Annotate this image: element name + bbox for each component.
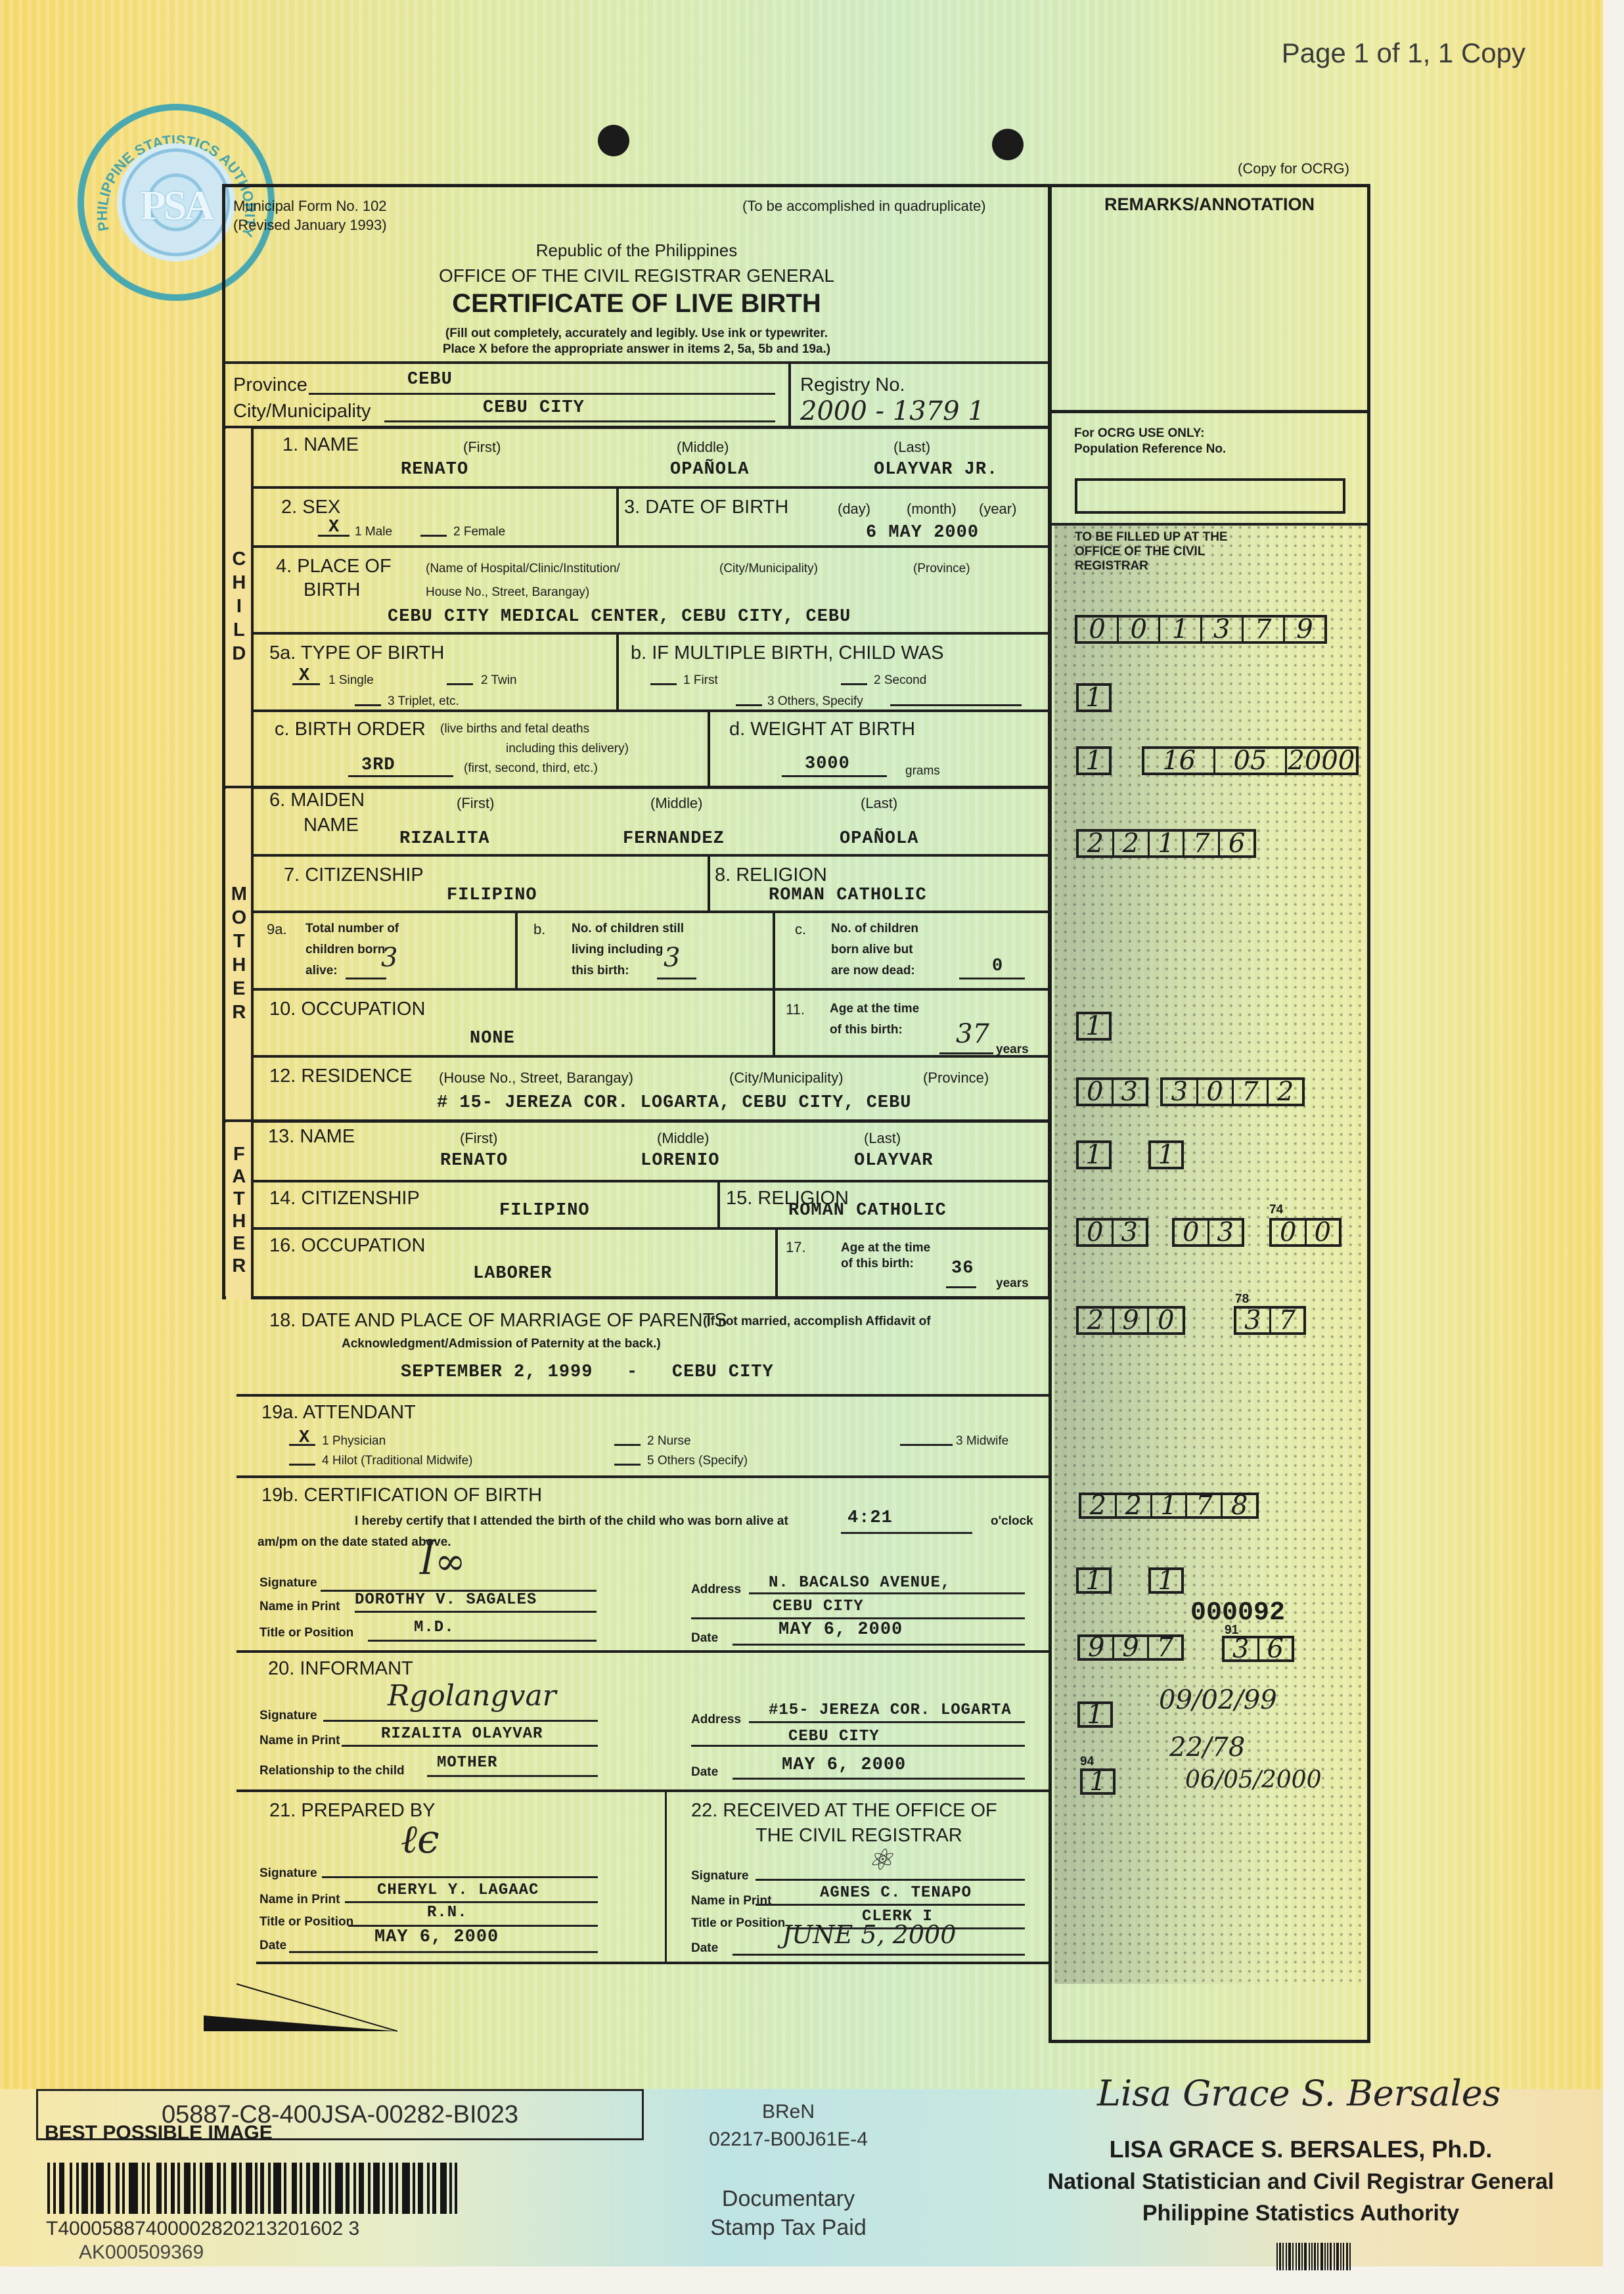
received-signature: ⚛ — [867, 1846, 893, 1875]
small-barcode — [1276, 2243, 1376, 2270]
informant-address[interactable]: #15- JEREZA COR. LOGARTA — [769, 1703, 1012, 1719]
mother-last-name[interactable]: OPAÑOLA — [840, 830, 918, 848]
certificate-title: CERTIFICATE OF LIVE BIRTH — [222, 290, 1051, 317]
form-revised: (Revised January 1993) — [233, 218, 387, 233]
still-living-num: b. — [533, 922, 545, 937]
birth-order-hint: (live births and fetal deaths — [440, 723, 589, 735]
year-hint: (year) — [979, 502, 1016, 516]
informant-address-2[interactable]: CEBU CITY — [788, 1729, 880, 1745]
code-41[interactable]: 0 0 1 3 7 9 — [1075, 615, 1327, 644]
code-digit: 2000 — [1287, 749, 1356, 773]
informant-relationship[interactable]: MOTHER — [437, 1755, 497, 1771]
fill-up-label: TO BE FILLED UP AT THE — [1075, 531, 1228, 543]
father-citizenship[interactable]: FILIPINO — [499, 1202, 590, 1220]
code-digit: 0 — [1077, 618, 1119, 641]
code-digit: 0 — [1307, 1221, 1340, 1244]
father-age-label-2: of this birth: — [841, 1257, 914, 1270]
multiple-birth-label: b. IF MULTIPLE BIRTH, CHILD WAS — [631, 644, 943, 663]
instructions-line-2: Place X before the appropriate answer in… — [222, 343, 1051, 355]
marriage-hint: (If not married, accomplish Affidavit of — [703, 1315, 931, 1328]
attendant-physician: 1 Physician — [322, 1435, 386, 1447]
cert-date[interactable]: MAY 6, 2000 — [778, 1621, 903, 1639]
place-of-birth[interactable]: CEBU CITY MEDICAL CENTER, CEBU CITY, CEB… — [388, 608, 851, 626]
code-digit: 3 — [1114, 1221, 1146, 1244]
mother-residence[interactable]: # 15- JEREZA COR. LOGARTA, CEBU CITY, CE… — [437, 1094, 912, 1112]
code-72[interactable]: 0 3 — [1172, 1218, 1244, 1247]
received-date[interactable]: JUNE 5, 2000 — [782, 1922, 956, 1947]
certification-label: 19b. CERTIFICATION OF BIRTH — [261, 1486, 542, 1505]
instructions-line-1: (Fill out completely, accurately and leg… — [222, 327, 1051, 340]
date-of-birth[interactable]: 6 MAY 2000 — [866, 524, 979, 542]
republic-heading: Republic of the Philippines — [222, 242, 1051, 259]
code-digit: 1 — [1079, 686, 1109, 709]
agency-name: Philippine Statistics Authority — [1038, 2202, 1564, 2224]
day-hint: (day) — [838, 502, 870, 516]
code-digit: 1 — [1151, 1570, 1181, 1591]
father-occupation-label: 16. OCCUPATION — [269, 1236, 425, 1255]
code-digit: 9 — [1285, 618, 1324, 641]
official-title: National Statistician and Civil Registra… — [1025, 2170, 1577, 2193]
code-digit: 2 — [1081, 1495, 1117, 1516]
documentary-stamp: Documentary — [696, 2188, 880, 2210]
code-digit: 1 — [1079, 749, 1109, 773]
attendant-nurse: 2 Nurse — [647, 1435, 691, 1447]
born-alive-num: 9a. — [267, 922, 287, 937]
informant-signature-label: Signature — [259, 1709, 317, 1722]
code-digit: 1 — [1083, 1771, 1113, 1792]
received-name[interactable]: AGNES C. TENAPO — [820, 1885, 972, 1901]
informant-date[interactable]: MAY 6, 2000 — [782, 1757, 906, 1774]
first-option: 1 First — [683, 674, 718, 686]
cert-name-label: Name in Print — [259, 1600, 340, 1613]
father-age[interactable]: 36 — [951, 1260, 974, 1278]
code-digit: 16 — [1144, 749, 1215, 773]
sex-label: 2. SEX — [281, 498, 340, 517]
female-option: 2 Female — [453, 526, 505, 538]
cert-title[interactable]: M.D. — [414, 1620, 455, 1636]
code-digit: 2 — [1269, 1080, 1302, 1104]
handwritten-date: 06/05/2000 — [1185, 1768, 1322, 1792]
punch-hole-left — [598, 125, 629, 156]
prepared-title-label: Title or Position — [259, 1916, 353, 1928]
cert-title-label: Title or Position — [259, 1627, 353, 1639]
mother-religion[interactable]: ROMAN CATHOLIC — [769, 887, 927, 905]
code-digit: 7 — [1184, 832, 1220, 855]
received-label-2: THE CIVIL REGISTRAR — [756, 1826, 962, 1845]
cert-signature-label: Signature — [259, 1577, 317, 1589]
mother-age-num: 11. — [786, 1002, 805, 1017]
punch-hole-right — [992, 129, 1024, 160]
received-date-label: Date — [691, 1942, 718, 1954]
weight-label: d. WEIGHT AT BIRTH — [729, 720, 915, 739]
last-hint: (Last) — [861, 796, 897, 811]
mother-age-unit: years — [996, 1043, 1029, 1056]
pob-hint-city: (City/Municipality) — [719, 562, 818, 575]
seal-guilloche: PSA — [117, 143, 235, 261]
last-hint: (Last) — [893, 440, 930, 455]
dead-label: No. of children — [831, 922, 918, 935]
father-age-label: Age at the time — [841, 1242, 930, 1254]
city-label: City/Municipality — [233, 402, 371, 421]
code-digit: 05 — [1215, 749, 1286, 773]
code-89[interactable]: 9 9 7 — [1077, 1634, 1184, 1661]
mother-age-label-2: of this birth: — [830, 1023, 903, 1036]
pob-label-2: BIRTH — [304, 581, 360, 600]
dead-label-2: born alive but — [831, 943, 913, 956]
code-digit: 1 — [1080, 1704, 1110, 1725]
cert-signature: ꟾ∞ — [420, 1544, 466, 1581]
prepared-date[interactable]: MAY 6, 2000 — [374, 1929, 499, 1946]
still-living-label-3: this birth: — [572, 964, 629, 977]
still-living-label: No. of children still — [572, 922, 684, 935]
code-digit: 9 — [1080, 1637, 1114, 1658]
code-78-label: 78 — [1235, 1293, 1249, 1305]
code-digit: 2 — [1079, 1309, 1114, 1332]
pob-hint-prov: (Province) — [913, 562, 970, 575]
father-name-label: 13. NAME — [268, 1127, 355, 1146]
mother-first-name[interactable]: RIZALITA — [399, 830, 490, 848]
official-name: LISA GRACE S. BERSALES, Ph.D. — [1038, 2138, 1564, 2161]
code-64[interactable]: 3 0 7 2 — [1160, 1077, 1305, 1106]
child-last-name[interactable]: OLAYVAR JR. — [874, 461, 998, 479]
informant-address-label: Address — [691, 1713, 741, 1726]
relationship-label: Relationship to the child — [259, 1765, 405, 1777]
father-middle-name[interactable]: LORENIO — [641, 1152, 719, 1170]
father-religion[interactable]: ROMAN CATHOLIC — [788, 1202, 947, 1220]
quadruplicate-note: (To be accomplished in quadruplicate) — [742, 199, 986, 214]
triplet-option: 3 Triplet, etc. — [388, 695, 459, 708]
fill-up-label-3: REGISTRAR — [1075, 560, 1148, 572]
mother-age-label: Age at the time — [830, 1002, 919, 1015]
code-digit: 1 — [1079, 1014, 1109, 1038]
fill-up-label-2: OFFICE OF THE CIVIL — [1075, 545, 1205, 558]
weight-value[interactable]: 3000 — [805, 755, 850, 773]
type-of-birth-label: 5a. TYPE OF BIRTH — [269, 644, 444, 663]
section-label-mother: MOTHER — [226, 788, 254, 1121]
code-70[interactable]: 0 3 — [1076, 1218, 1148, 1247]
mother-citizenship-label: 7. CITIZENSHIP — [284, 866, 424, 885]
barcode-number: T40005887400002820213201602 3 — [46, 2219, 359, 2239]
code-50[interactable]: 16 05 2000 — [1142, 746, 1359, 775]
residence-hint: (House No., Street, Barangay) — [439, 1071, 633, 1085]
stippled-shading — [1054, 526, 1370, 1984]
prepared-title[interactable]: R.N. — [427, 1905, 468, 1921]
others-option: 3 Others, Specify — [767, 695, 863, 708]
residence-hint-city: (City/Municipality) — [729, 1071, 844, 1085]
first-hint: (First) — [463, 440, 501, 455]
code-65[interactable]: 1 — [1076, 1140, 1112, 1169]
father-occupation[interactable]: LABORER — [473, 1265, 552, 1283]
remarks-title: REMARKS/ANNOTATION — [1049, 196, 1370, 214]
cert-address-2[interactable]: CEBU CITY — [773, 1599, 864, 1615]
informant-date-label: Date — [691, 1766, 718, 1778]
cert-address-label: Address — [691, 1583, 741, 1596]
code-76[interactable]: 2 9 0 — [1076, 1306, 1185, 1335]
documentary-stamp-2: Stamp Tax Paid — [696, 2216, 880, 2239]
handwritten-marriage-date: 09/02/99 — [1159, 1687, 1277, 1713]
father-last-name[interactable]: OLAYVAR — [854, 1152, 933, 1170]
province-value[interactable]: CEBU — [407, 371, 453, 389]
section-label-child: CHILD — [226, 428, 254, 787]
code-digit: 9 — [1114, 1309, 1150, 1332]
ocrg-use-only: For OCRG USE ONLY: — [1074, 427, 1204, 439]
code-digit: 7 — [1244, 618, 1285, 641]
cert-date-label: Date — [691, 1632, 718, 1644]
copy-for-ocrg: (Copy for OCRG) — [1238, 162, 1349, 176]
corner-triangle-mark — [200, 1971, 397, 2036]
first-hint: (First) — [460, 1131, 497, 1146]
mother-age[interactable]: 37 — [956, 1021, 989, 1047]
code-digit: 7 — [1149, 1637, 1181, 1658]
certification-text: I hereby certify that I attended the bir… — [355, 1515, 788, 1527]
born-alive-label-2: children born — [305, 943, 385, 956]
code-digit: 7 — [1187, 1495, 1223, 1516]
code-62[interactable]: 0 3 — [1076, 1077, 1148, 1106]
code-digit: 0 — [1079, 1080, 1114, 1104]
attendant-label: 19a. ATTENDANT — [261, 1403, 416, 1422]
code-digit: 1 — [1079, 1143, 1109, 1167]
security-serial: AK000509369 — [79, 2243, 204, 2262]
section-label-father: FATHER — [226, 1122, 254, 1299]
barcode — [47, 2163, 639, 2214]
attendant-hilot: 4 Hilot (Traditional Midwife) — [322, 1454, 472, 1467]
father-citizenship-label: 14. CITIZENSHIP — [269, 1189, 420, 1208]
code-digit: 8 — [1223, 1495, 1256, 1516]
middle-hint: (Middle) — [657, 1131, 709, 1146]
still-living-label-2: living including — [572, 943, 663, 956]
birth-order-value[interactable]: 3RD — [361, 757, 395, 775]
informant-label: 20. INFORMANT — [268, 1659, 413, 1678]
single-option: 1 Single — [328, 674, 374, 686]
code-digit: 3 — [1202, 618, 1244, 641]
prepared-name[interactable]: CHERYL Y. LAGAAC — [377, 1883, 539, 1899]
born-alive-label: Total number of — [305, 922, 399, 935]
birth-order-hint-2: including this delivery) — [506, 742, 629, 755]
code-61[interactable]: 1 — [1076, 1012, 1112, 1041]
residence-label: 12. RESIDENCE — [269, 1067, 413, 1086]
code-digit: 6 — [1259, 1638, 1292, 1659]
child-name-label: 1. NAME — [282, 436, 359, 455]
birth-order-label: c. BIRTH ORDER — [275, 720, 426, 739]
code-74[interactable]: 0 0 — [1269, 1218, 1342, 1247]
code-42[interactable]: 1 — [1076, 683, 1112, 712]
code-87[interactable]: 1 — [1148, 1567, 1184, 1594]
middle-hint: (Middle) — [677, 440, 729, 455]
bren-number: 02217-B00J61E-4 — [683, 2130, 893, 2149]
code-94[interactable]: 1 — [1080, 1768, 1116, 1795]
code-digit: 2 — [1117, 1495, 1152, 1516]
type-single-mark[interactable]: X — [299, 667, 310, 685]
cert-address[interactable]: N. BACALSO AVENUE, — [769, 1575, 951, 1591]
received-title-label: Title or Position — [691, 1917, 785, 1929]
code-digit: 7 — [1234, 1080, 1269, 1104]
father-first-name[interactable]: RENATO — [440, 1152, 508, 1170]
code-digit: 3 — [1236, 1309, 1271, 1332]
code-85[interactable]: 1 — [1076, 1567, 1112, 1594]
child-middle-name[interactable]: OPAÑOLA — [670, 461, 749, 479]
seal-monogram: PSA — [117, 181, 235, 230]
mother-middle-name[interactable]: FERNANDEZ — [623, 830, 725, 848]
birth-time[interactable]: 4:21 — [847, 1510, 893, 1527]
born-alive-label-3: alive: — [305, 964, 338, 977]
weight-unit: grams — [905, 765, 940, 777]
code-digit: 0 — [1079, 1221, 1114, 1244]
bren-label: BReN — [696, 2102, 880, 2122]
code-digit: 1 — [1151, 1143, 1181, 1167]
marriage-label: 18. DATE AND PLACE OF MARRIAGE OF PARENT… — [269, 1311, 727, 1330]
mother-occupation[interactable]: NONE — [470, 1030, 515, 1048]
first-hint: (First) — [457, 796, 494, 811]
code-55[interactable]: 2 2 1 7 6 — [1076, 829, 1256, 858]
pob-label: 4. PLACE OF — [276, 557, 392, 576]
received-signature-label: Signature — [691, 1870, 749, 1882]
code-digit: 6 — [1220, 832, 1253, 855]
prepared-date-label: Date — [259, 1939, 286, 1952]
children-born-alive[interactable]: 3 — [381, 945, 397, 971]
dead-num: c. — [795, 922, 806, 937]
page-count: Page 1 of 1, 1 Copy — [1282, 39, 1525, 67]
attendant-others: 5 Others (Specify) — [647, 1454, 748, 1467]
code-digit: 1 — [1152, 1495, 1188, 1516]
population-ref-input[interactable] — [1075, 478, 1345, 514]
stamp-number: 000092 — [1190, 1600, 1285, 1627]
mother-name-label-2: NAME — [304, 816, 359, 835]
sex-male-mark[interactable]: X — [328, 519, 340, 537]
code-digit: 1 — [1160, 618, 1202, 641]
best-possible-image: BEST POSSIBLE IMAGE — [45, 2123, 273, 2143]
code-43[interactable]: 1 — [1076, 746, 1112, 775]
marriage-date-place[interactable]: SEPTEMBER 2, 1999 - CEBU CITY — [401, 1364, 774, 1382]
informant-signature: Rgolangvar — [388, 1682, 556, 1711]
children-still-living[interactable]: 3 — [664, 945, 680, 971]
marriage-hint-2: Acknowledgment/Admission of Paternity at… — [342, 1338, 661, 1350]
father-age-unit: years — [996, 1277, 1029, 1290]
birth-order-hint-3: (first, second, third, etc.) — [464, 762, 598, 775]
code-digit: 3 — [1209, 1221, 1242, 1244]
form-number: Municipal Form No. 102 — [233, 199, 387, 214]
code-digit: 0 — [1175, 1221, 1209, 1244]
twin-option: 2 Twin — [481, 674, 517, 686]
code-digit: 2 — [1079, 832, 1114, 855]
mother-occupation-label: 10. OCCUPATION — [269, 1000, 425, 1019]
child-first-name[interactable]: RENATO — [401, 461, 468, 479]
code-74-label: 74 — [1269, 1203, 1283, 1216]
code-81[interactable]: 2 2 1 7 8 — [1079, 1493, 1259, 1519]
pob-hint-2: House No., Street, Barangay) — [426, 586, 589, 598]
registry-number[interactable]: 2000 - 1379 1 — [800, 398, 985, 424]
last-hint: (Last) — [864, 1131, 901, 1146]
code-digit: 1 — [1150, 832, 1185, 855]
oclock: o'clock — [991, 1515, 1033, 1527]
second-option: 2 Second — [874, 674, 926, 686]
code-93[interactable]: 1 — [1077, 1701, 1113, 1728]
code-78[interactable]: 3 7 — [1234, 1306, 1306, 1335]
province-label: Province — [233, 376, 307, 395]
cert-name[interactable]: DOROTHY V. SAGALES — [355, 1592, 537, 1608]
pob-hint: (Name of Hospital/Clinic/Institution/ — [426, 562, 620, 575]
office-heading: OFFICE OF THE CIVIL REGISTRAR GENERAL — [222, 267, 1051, 285]
attendant-midwife: 3 Midwife — [956, 1435, 1008, 1447]
informant-name-label: Name in Print — [259, 1734, 340, 1747]
code-digit: 0 — [1272, 1221, 1307, 1244]
code-digit: 0 — [1149, 1309, 1183, 1332]
code-digit: 3 — [1114, 1080, 1146, 1104]
code-digit: 3 — [1163, 1080, 1198, 1104]
code-digit: 0 — [1119, 618, 1160, 641]
code-digit: 2 — [1114, 832, 1150, 855]
code-digit: 9 — [1114, 1637, 1148, 1658]
prepared-signature: ℓϵ — [401, 1820, 440, 1859]
received-label: 22. RECEIVED AT THE OFFICE OF — [691, 1801, 997, 1820]
middle-hint: (Middle) — [650, 796, 702, 811]
children-now-dead[interactable]: 0 — [992, 958, 1003, 976]
code-66[interactable]: 1 — [1148, 1140, 1184, 1169]
mother-citizenship[interactable]: FILIPINO — [447, 887, 537, 905]
month-hint: (month) — [907, 502, 957, 516]
code-digit: 1 — [1079, 1570, 1109, 1591]
father-age-num: 17. — [786, 1240, 806, 1255]
population-ref-label: Population Reference No. — [1074, 443, 1226, 455]
handwritten-code: 22/78 — [1169, 1734, 1245, 1761]
residence-hint-prov: (Province) — [923, 1071, 989, 1085]
code-digit: 3 — [1225, 1638, 1259, 1659]
registry-label: Registry No. — [800, 376, 905, 395]
city-value[interactable]: CEBU CITY — [483, 399, 585, 417]
dead-label-3: are now dead: — [831, 964, 915, 977]
code-91[interactable]: 3 6 — [1222, 1636, 1294, 1662]
mother-religion-label: 8. RELIGION — [715, 866, 827, 885]
official-signature: Lisa Grace S. Bersales — [1097, 2076, 1500, 2111]
prepared-signature-label: Signature — [259, 1867, 317, 1879]
informant-name[interactable]: RIZALITA OLAYVAR — [381, 1726, 543, 1742]
dob-label: 3. DATE OF BIRTH — [624, 498, 788, 517]
code-digit: 0 — [1198, 1080, 1234, 1104]
male-option: 1 Male — [355, 526, 392, 538]
mother-name-label: 6. MAIDEN — [269, 791, 365, 810]
prepared-name-label: Name in Print — [259, 1893, 340, 1906]
code-digit: 7 — [1271, 1309, 1304, 1332]
